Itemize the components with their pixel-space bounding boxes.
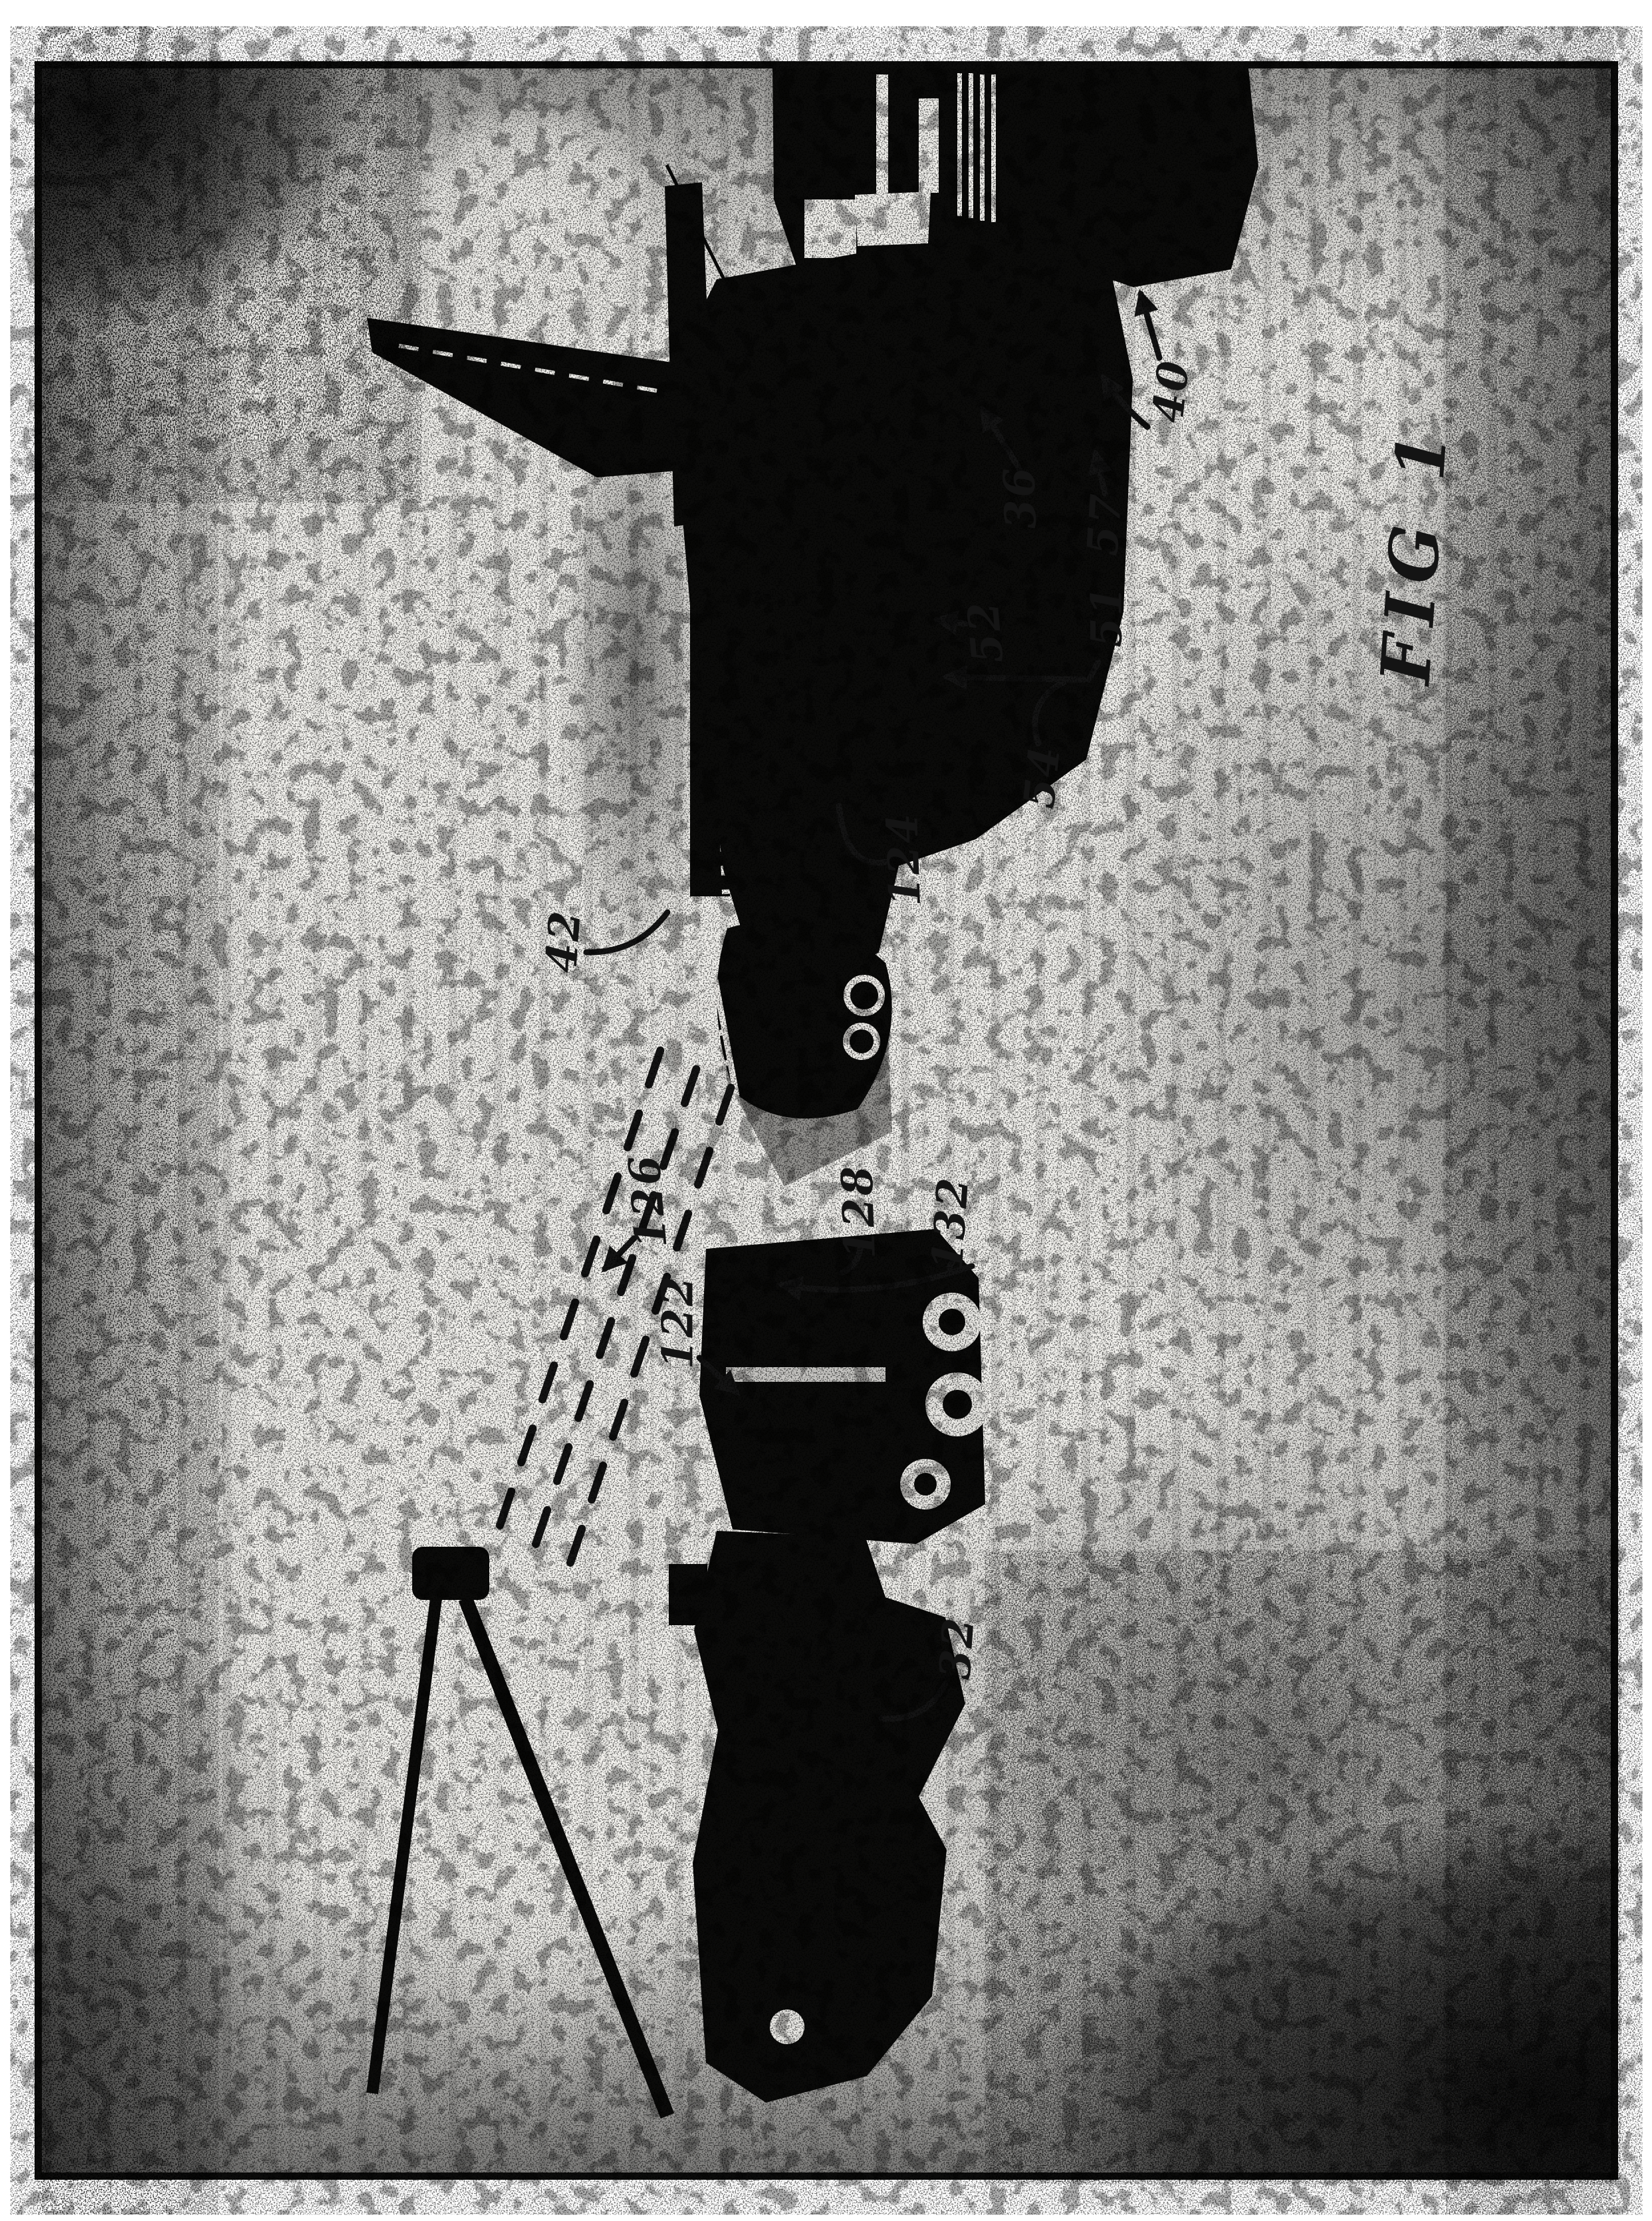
ref-label-42: 42	[536, 908, 590, 974]
ref-label-132: 132	[923, 1174, 979, 1272]
ref-label-126: 126	[619, 1152, 677, 1251]
ref-label-36: 36	[995, 465, 1046, 530]
ref-label-32: 32	[930, 1615, 984, 1681]
ref-label-122: 122	[653, 1275, 703, 1370]
ref-label-51: 51	[1082, 584, 1132, 647]
ref-label-52: 52	[959, 598, 1014, 665]
ref-label-128: 128	[832, 1163, 885, 1259]
ref-label-54: 54	[1014, 743, 1071, 811]
ref-label-57: 57	[1078, 491, 1131, 557]
ref-label-40: 40	[1143, 357, 1200, 425]
ref-label-124: 124	[878, 811, 931, 907]
patent-drawing-page: 42 124 54 52 51 36 57 40 128 132 126 122…	[0, 0, 1652, 2221]
photo-noise	[42, 68, 1611, 2172]
photo-artwork	[0, 0, 1652, 2221]
